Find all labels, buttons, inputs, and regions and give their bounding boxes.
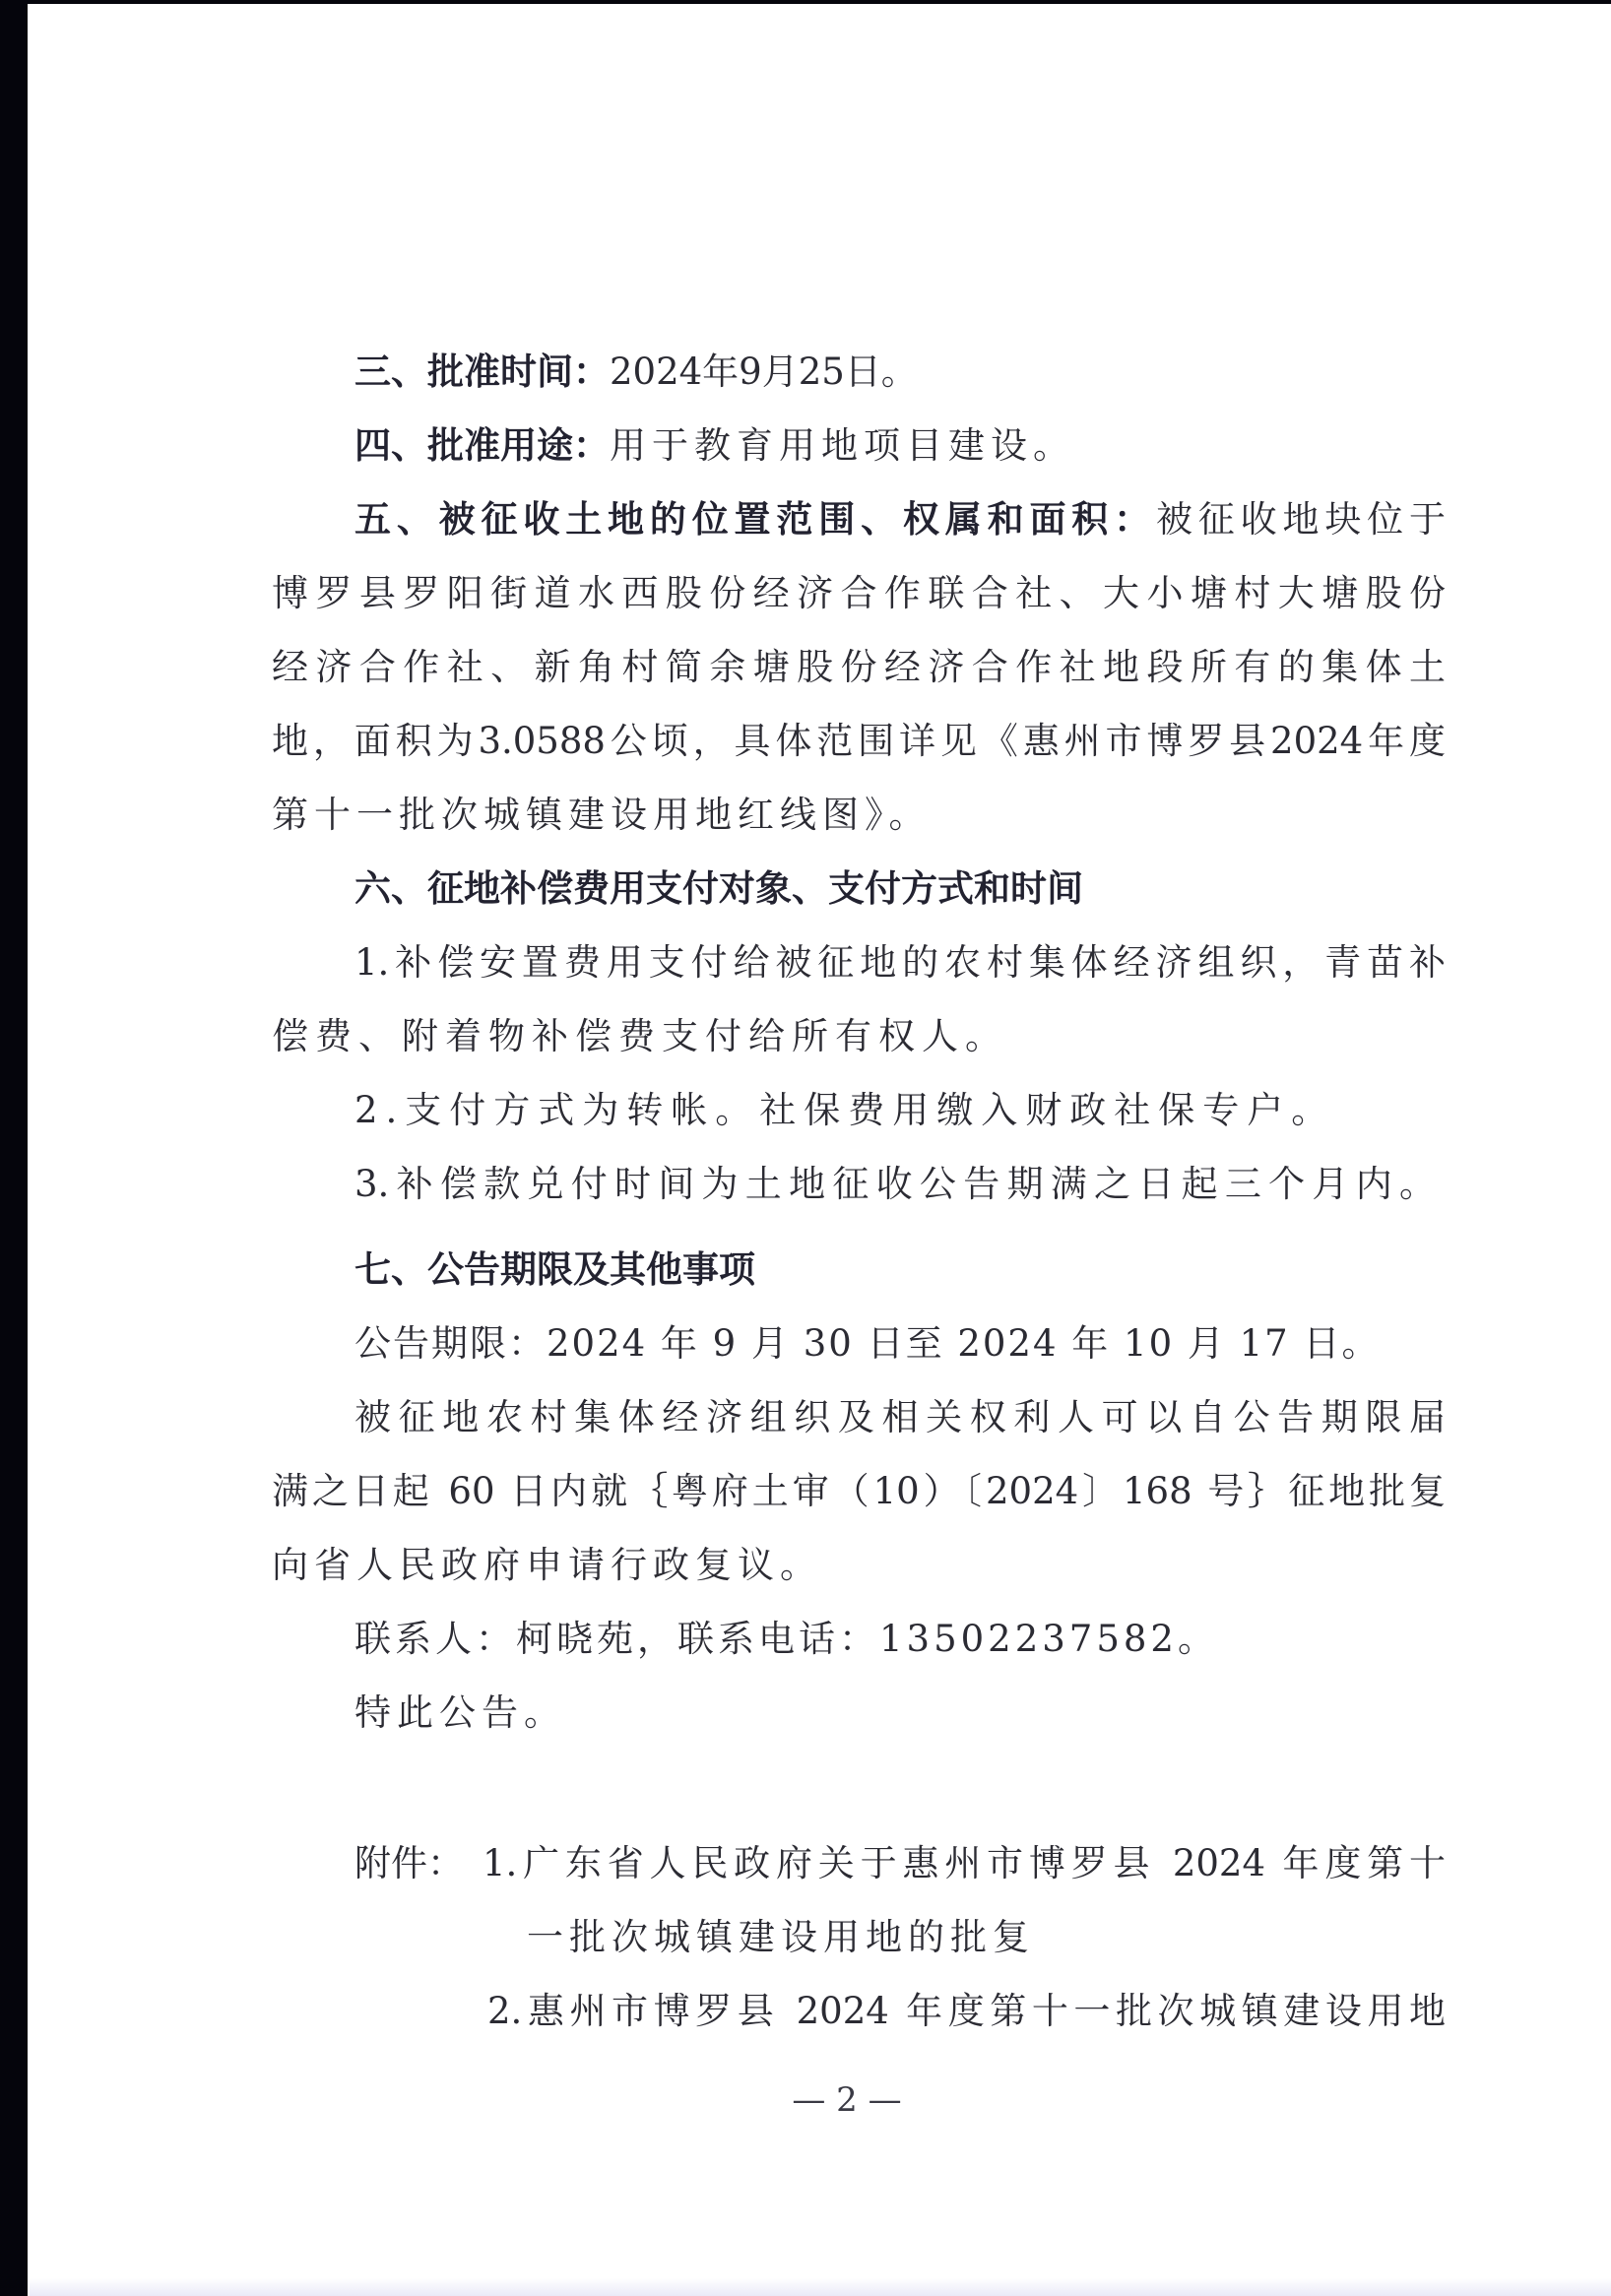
section-heading-notice: 七、公告期限及其他事项: [354, 1241, 755, 1300]
closing-statement: 特此公告。: [354, 1684, 566, 1743]
section-body: 2024年9月25日。: [610, 351, 918, 393]
compensation-item-3: 3.补偿款兑付时间为土地征收公告期满之日起三个月内。: [354, 1155, 1436, 1214]
paragraph-line: 经济合作社、新角村简余塘股份经济合作社地段所有的集体土: [272, 638, 1446, 697]
attachment-item-1-cont: 一批次城镇建设用地的批复: [527, 1908, 1035, 1967]
section-approval-time: 三、批准时间：2024年9月25日。: [354, 343, 918, 402]
compensation-item-1-cont: 偿费、附着物补偿费支付给所有权人。: [272, 1007, 1008, 1066]
attachments-label: 附件：: [354, 1834, 464, 1893]
notice-period: 公告期限：2024 年 9 月 30 日至 2024 年 10 月 17 日。: [354, 1314, 1380, 1373]
page-number: — 2 —: [748, 2075, 945, 2125]
review-paragraph-line: 满之日起 60 日内就｛粤府土审（10）〔2024〕168 号｝征地批复: [272, 1462, 1446, 1521]
review-paragraph-line: 被征地农村集体经济组织及相关权利人可以自公告期限届: [354, 1388, 1446, 1447]
section-approval-use: 四、批准用途：用于教育用地项目建设。: [354, 416, 1075, 476]
compensation-item-1: 1.补偿安置费用支付给被征地的农村集体经济组织，青苗补: [354, 933, 1446, 992]
section-body: 被征收地块位于: [1156, 498, 1446, 541]
section-land-location: 五、被征收土地的位置范围、权属和面积：被征收地块位于: [354, 490, 1446, 549]
paragraph-line: 地，面积为3.0588公顷，具体范围详见《惠州市博罗县2024年度: [272, 712, 1446, 771]
review-paragraph-line: 向省人民政府申请行政复议。: [272, 1536, 822, 1595]
section-heading: 三、批准时间：: [354, 351, 610, 393]
section-heading: 五、被征收土地的位置范围、权属和面积：: [354, 498, 1156, 541]
contact-info: 联系人：柯晓苑，联系电话：13502237582。: [354, 1610, 1218, 1669]
section-heading-compensation: 六、征地补偿费用支付对象、支付方式和时间: [354, 860, 1083, 919]
paragraph-line: 博罗县罗阳街道水西股份经济合作联合社、大小塘村大塘股份: [272, 564, 1446, 623]
paragraph-line: 第十一批次城镇建设用地红线图》。: [272, 786, 932, 845]
attachment-item-2: 2.惠州市博罗县 2024 年度第十一批次城镇建设用地: [487, 1982, 1446, 2041]
compensation-item-2: 2.支付方式为转帐。社保费用缴入财政社保专户。: [354, 1081, 1335, 1140]
attachment-item-1: 1.广东省人民政府关于惠州市博罗县 2024 年度第十: [483, 1834, 1446, 1893]
section-heading: 四、批准用途：: [354, 424, 610, 467]
document-page: 三、批准时间：2024年9月25日。 四、批准用途：用于教育用地项目建设。 五、…: [0, 0, 1611, 2296]
section-body: 用于教育用地项目建设。: [610, 424, 1075, 467]
